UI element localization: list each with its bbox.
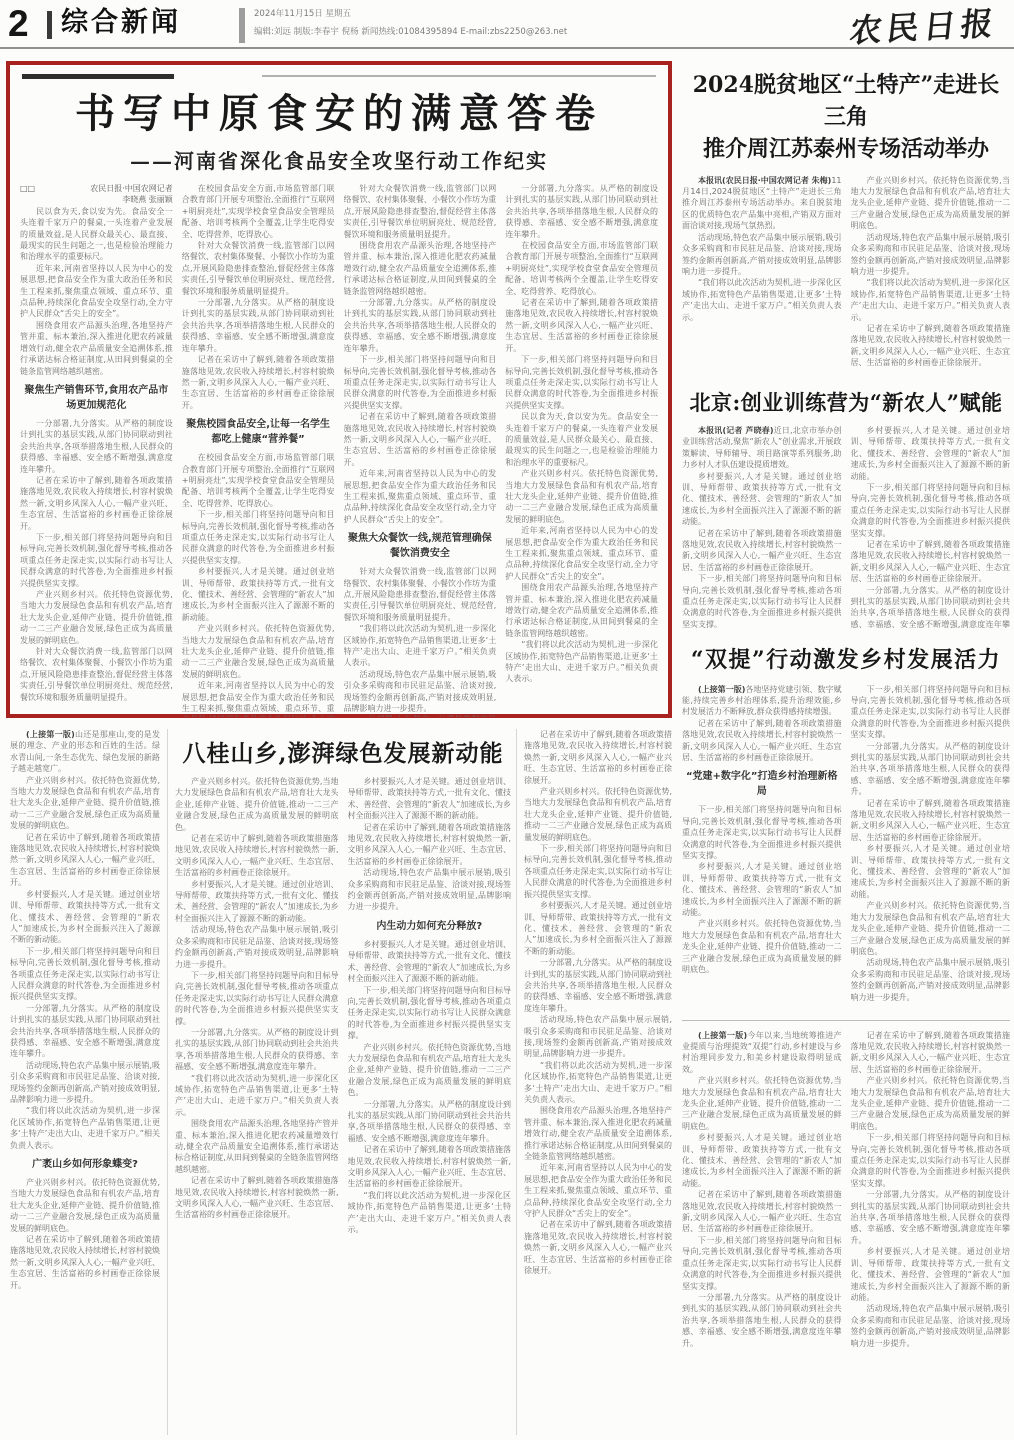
body-paragraph: 围绕食用农产品源头治理,各地坚持产管并重、标本兼治,深入推进化肥农药减量增效行动… [344, 240, 497, 297]
body-paragraph: 产业兴则乡村兴。依托特色资源优势,当地大力发展绿色食品和有机农产品,培育壮大龙头… [20, 589, 173, 646]
body-paragraph: 针对大众餐饮消费一线,监管部门以网络餐饮、农村集体聚餐、小餐饮小作坊为重点,开展… [344, 566, 497, 623]
body-paragraph-lead: (上接第一版)山还是那座山,变的是发展的理念、产业的形态和百姓的生活。绿水青山间… [10, 729, 160, 775]
article-column: 在校园食品安全方面,市场监管部门联合教育部门开展专项整治,全面推行“互联网+明厨… [182, 183, 335, 717]
body-paragraph-lead: (上接第一版)各地坚持党建引领、数字赋能,持续完善乡村治理体系,提升治理效能,乡… [682, 684, 842, 718]
body-paragraph: 乡村要振兴,人才是关键。通过创业培训、导师帮带、政策扶持等方式,一批有文化、懂技… [682, 861, 842, 918]
body-paragraph: 下一步,相关部门将坚持问题导向和目标导向,完善长效机制,强化督导考核,推动各项重… [682, 1235, 842, 1292]
article-column: (上接第一版)今年以来,当地统筹推进产业提质与治理提效“双提”行动,乡村建设与乡… [682, 1030, 842, 1434]
bottom-region: (上接第一版)山还是那座山,变的是发展的理念、产业的形态和百姓的生活。绿水青山间… [10, 724, 672, 1436]
main-subtitle: ——河南省深化食品安全攻坚行动工作纪实 [20, 145, 658, 174]
byline-row: □□农民日报·中国农网记者 [20, 183, 173, 194]
date-line: 2024年11月15日 星期五 [254, 6, 567, 24]
body-paragraph: 产业兴则乡村兴。依托特色资源优势,当地大力发展绿色食品和有机农产品,培育壮大龙头… [851, 1075, 1011, 1132]
article-column: 乡村要振兴,人才是关键。通过创业培训、导师帮带、政策扶持等方式,一批有文化、懂技… [348, 776, 512, 1440]
body-paragraph: 下一步,相关部门将坚持问题导向和目标导向,完善长效机制,强化督导考核,推动各项重… [682, 804, 842, 861]
body-paragraph: 下一步,相关部门将坚持问题导向和目标导向,完善长效机制,强化督导考核,推动各项重… [851, 684, 1011, 741]
byline-authors: 李晓燕 张丽颖 [20, 194, 173, 205]
body-paragraph: 一分部署,九分落实。从严格的制度设计到扎实的基层实践,从部门协同联动到社会共治共… [851, 585, 1011, 631]
body-paragraph: 乡村要振兴,人才是关键。通过创业培训、导师帮带、政策扶持等方式,一批有文化、懂技… [851, 1246, 1011, 1303]
body-paragraph: “我们将以此次活动为契机,进一步深化区域协作,拓宽特色产品销售渠道,让更多‘土特… [682, 277, 842, 323]
body-paragraph: 活动现场,特色农产品集中展示展销,吸引众多采购商和市民驻足品鉴、洽谈对接,现场签… [348, 867, 512, 913]
body-paragraph: 记者在采访中了解到,随着各项政策措施落地见效,农民收入持续增长,村容村貌焕然一新… [344, 411, 497, 468]
body-paragraph: 针对大众餐饮消费一线,监管部门以网络餐饮、农村集体聚餐、小餐饮小作坊为重点,开展… [182, 240, 335, 297]
body-paragraph: 一分部署,九分落实。从严格的制度设计到扎实的基层实践,从部门协同联动到社会共治共… [851, 1189, 1011, 1246]
body-paragraph: 记者在采访中了解到,随着各项政策措施落地见效,农民收入持续增长,村容村貌焕然一新… [175, 1175, 339, 1221]
body-paragraph: “我们将以此次活动为契机,进一步深化区域协作,拓宽特色产品销售渠道,让更多‘土特… [524, 1060, 672, 1106]
body-paragraph: 乡村要振兴,人才是关键。通过创业培训、导师帮带、政策扶持等方式,一批有文化、懂技… [182, 566, 335, 623]
body-paragraph: 产业兴则乡村兴。依托特色资源优势,当地大力发展绿色食品和有机农产品,培育壮大龙头… [851, 175, 1011, 232]
column-subhead: 内生动力如何充分释放? [348, 919, 512, 934]
body-paragraph: 在校园食品安全方面,市场监管部门联合教育部门开展专项整治,全面推行“互联网+明厨… [505, 240, 658, 297]
body-paragraph: 产业兴则乡村兴。依托特色资源优势,当地大力发展绿色食品和有机农产品,培育壮大龙头… [851, 900, 1011, 957]
bottom-feature-headline: 八桂山乡,澎湃绿色发展新动能 [175, 735, 511, 768]
body-paragraph: 下一步,相关部门将坚持问题导向和目标导向,完善长效机制,强化督导考核,推动各项重… [10, 946, 160, 1003]
sidebar-article3-headline: “双提”行动激发乡村发展活力 [682, 646, 1010, 675]
article-column: 产业兴则乡村兴。依托特色资源优势,当地大力发展绿色食品和有机农产品,培育壮大龙头… [851, 175, 1011, 373]
sidebar-article2-headline: 北京:创业训练营为“新农人”赋能 [682, 389, 1010, 416]
column-rule [516, 729, 517, 1435]
body-paragraph: 下一步,相关部门将坚持问题导向和目标导向,完善长效机制,强化督导考核,推动各项重… [344, 354, 497, 411]
body-paragraph: 记者在采访中了解到,随着各项政策措施落地见效,农民收入持续增长,村容村貌焕然一新… [348, 1144, 512, 1190]
column-subhead: 聚焦生产销售环节,食用农产品市场更加规范化 [20, 383, 173, 413]
right-sidebar: 2024脱贫地区“土特产”走进长三角 推介周江苏泰州专场活动举办 本报讯(农民日… [682, 60, 1010, 1434]
body-paragraph: 乡村要振兴,人才是关键。通过创业培训、导师帮带、政策扶持等方式,一批有文化、懂技… [851, 843, 1011, 900]
article-column: 产业兴则乡村兴。依托特色资源优势,当地大力发展绿色食品和有机农产品,培育壮大龙头… [175, 776, 339, 1440]
body-paragraph: 乡村要振兴,人才是关键。通过创业培训、导师帮带、政策扶持等方式,一批有文化、懂技… [524, 900, 672, 957]
body-paragraph: “我们将以此次活动为契机,进一步深化区域协作,拓宽特色产品销售渠道,让更多‘土特… [10, 1105, 160, 1151]
page-number: 2 [8, 5, 29, 42]
body-paragraph: 记者在采访中了解到,随着各项政策措施落地见效,农民收入持续增长,村容村貌焕然一新… [524, 1219, 672, 1276]
body-paragraph: 记者在采访中了解到,随着各项政策措施落地见效,农民收入持续增长,村容村貌焕然一新… [851, 323, 1011, 369]
body-paragraph: 近年来,河南省坚持以人民为中心的发展思想,把食品安全作为重大政治任务和民生工程来… [182, 680, 335, 717]
body-paragraph: 民以食为天,食以安为先。食品安全一头连着千家万户的餐桌,一头连着产业发展的质量效… [505, 411, 658, 468]
body-paragraph: 产业兴则乡村兴。依托特色资源优势,当地大力发展绿色食品和有机农产品,培育壮大龙头… [10, 775, 160, 832]
body-paragraph: 一分部署,九分落实。从严格的制度设计到扎实的基层实践,从部门协同联动到社会共治共… [851, 741, 1011, 798]
body-paragraph: 活动现场,特色农产品集中展示展销,吸引众多采购商和市民驻足品鉴、洽谈对接,现场签… [524, 1014, 672, 1060]
body-paragraph: 一分部署,九分落实。从严格的制度设计到扎实的基层实践,从部门协同联动到社会共治共… [348, 1099, 512, 1145]
newspaper-page: 2 综合新闻 2024年11月15日 星期五 编辑:刘远 制版:李春宇 倪杨 新… [0, 0, 1014, 1440]
column-subhead: “党建+数字化”打造乡村治理新格局 [682, 769, 842, 799]
body-paragraph: 在校园食品安全方面,市场监管部门联合教育部门开展专项整治,全面推行“互联网+明厨… [182, 183, 335, 240]
body-paragraph: 针对大众餐饮消费一线,监管部门以网络餐饮、农村集体聚餐、小餐饮小作坊为重点,开展… [344, 183, 497, 240]
body-paragraph: 记者在采访中了解到,随着各项政策措施落地见效,农民收入持续增长,村容村貌焕然一新… [851, 539, 1011, 585]
body-paragraph-lead: 本报讯(记者 芦晓春)近日,北京市举办创业训练营活动,聚焦“新农人”创业需求,开… [682, 425, 842, 471]
issue-info: 2024年11月15日 星期五 编辑:刘远 制版:李春宇 倪杨 新闻热线:010… [254, 6, 567, 42]
body-paragraph: “我们将以此次活动为契机,进一步深化区域协作,拓宽特色产品销售渠道,让更多‘土特… [505, 639, 658, 685]
staff-line: 编辑:刘远 制版:李春宇 倪杨 新闻热线:01084395894 E-mail:… [254, 24, 567, 42]
body-paragraph: 近年来,河南省坚持以人民为中心的发展思想,把食品安全作为重大政治任务和民生工程来… [20, 263, 173, 320]
sidebar-article1-body: 本报讯(农民日报·中国农网记者 朱梅)11月14日,2024脱贫地区“土特产”走… [682, 175, 1010, 373]
body-paragraph: 近年来,河南省坚持以人民为中心的发展思想,把食品安全作为重大政治任务和民生工程来… [524, 1162, 672, 1219]
article-column: 本报讯(农民日报·中国农网记者 朱梅)11月14日,2024脱贫地区“土特产”走… [682, 175, 842, 373]
body-paragraph: 下一步,相关部门将坚持问题导向和目标导向,完善长效机制,强化督导考核,推动各项重… [20, 532, 173, 589]
masthead-logo: 农民日报 [848, 0, 1001, 52]
body-paragraph: 下一步,相关部门将坚持问题导向和目标导向,完善长效机制,强化督导考核,推动各项重… [524, 843, 672, 900]
top-rule-gray [262, 75, 656, 77]
article-column: □□农民日报·中国农网记者李晓燕 张丽颖民以食为天,食以安为先。食品安全一头连着… [20, 183, 173, 717]
body-paragraph-lead: (上接第一版)今年以来,当地统筹推进产业提质与治理提效“双提”行动,乡村建设与乡… [682, 1030, 842, 1076]
body-paragraph: 记者在采访中了解到,随着各项政策措施落地见效,农民收入持续增长,村容村貌焕然一新… [851, 1030, 1011, 1076]
main-article-box: 书写中原食安的满意答卷 ——河南省深化食品安全攻坚行动工作纪实 □□农民日报·中… [6, 61, 672, 718]
body-paragraph: “我们将以此次活动为契机,进一步深化区域协作,拓宽特色产品销售渠道,让更多‘土特… [175, 1073, 339, 1119]
body-paragraph: 记者在采访中了解到,随着各项政策措施落地见效,农民收入持续增长,村容村貌焕然一新… [524, 729, 672, 786]
body-paragraph: 下一步,相关部门将坚持问题导向和目标导向,完善长效机制,强化督导考核,推动各项重… [682, 573, 842, 630]
sidebar-article3-body: (上接第一版)各地坚持党建引领、数字赋能,持续完善乡村治理体系,提升治理效能,乡… [682, 684, 1010, 1010]
body-paragraph: 一分部署,九分落实。从严格的制度设计到扎实的基层实践,从部门协同联动到社会共治共… [524, 957, 672, 1014]
body-paragraph: 活动现场,特色农产品集中展示展销,吸引众多采购商和市民驻足品鉴、洽谈对接,现场签… [851, 232, 1011, 278]
body-paragraph: 乡村要振兴,人才是关键。通过创业培训、导师帮带、政策扶持等方式,一批有文化、懂技… [851, 425, 1011, 482]
column-subhead: 聚焦校园食品安全,让每一名学生都吃上健康“营养餐” [182, 417, 335, 447]
body-paragraph: 产业兴则乡村兴。依托特色资源优势,当地大力发展绿色食品和有机农产品,培育壮大龙头… [505, 468, 658, 525]
body-paragraph-lead: 本报讯(农民日报·中国农网记者 朱梅)11月14日,2024脱贫地区“土特产”走… [682, 175, 842, 232]
body-paragraph: 一分部署,九分落实。从严格的制度设计到扎实的基层实践,从部门协同联动到社会共治共… [505, 183, 658, 240]
body-paragraph: 近年来,河南省坚持以人民为中心的发展思想,把食品安全作为重大政治任务和民生工程来… [344, 468, 497, 525]
body-paragraph: 一分部署,九分落实。从严格的制度设计到扎实的基层实践,从部门协同联动到社会共治共… [344, 297, 497, 354]
body-paragraph: 产业兴则乡村兴。依托特色资源优势,当地大力发展绿色食品和有机农产品,培育壮大龙头… [10, 1177, 160, 1234]
article-column: 下一步,相关部门将坚持问题导向和目标导向,完善长效机制,强化督导考核,推动各项重… [851, 684, 1011, 1010]
body-paragraph: 记者在采访中了解到,随着各项政策措施落地见效,农民收入持续增长,村容村貌焕然一新… [182, 354, 335, 411]
article-column: (上接第一版)各地坚持党建引领、数字赋能,持续完善乡村治理体系,提升治理效能,乡… [682, 684, 842, 1010]
body-paragraph: 记者在采访中了解到,随着各项政策措施落地见效,农民收入持续增长,村容村貌焕然一新… [348, 822, 512, 868]
header-rule [0, 47, 1014, 49]
body-paragraph: 产业兴则乡村兴。依托特色资源优势,当地大力发展绿色食品和有机农产品,培育壮大龙头… [682, 918, 842, 975]
body-paragraph: 活动现场,特色农产品集中展示展销,吸引众多采购商和市民驻足品鉴、洽谈对接,现场签… [682, 232, 842, 278]
body-paragraph: 记者在采访中了解到,随着各项政策措施落地见效,农民收入持续增长,村容村貌焕然一新… [851, 798, 1011, 844]
body-paragraph: 记者在采访中了解到,随着各项政策措施落地见效,农民收入持续增长,村容村貌焕然一新… [10, 1234, 160, 1291]
article-column: 乡村要振兴,人才是关键。通过创业培训、导师帮带、政策扶持等方式,一批有文化、懂技… [851, 425, 1011, 631]
body-paragraph: 乡村要振兴,人才是关键。通过创业培训、导师帮带、政策扶持等方式,一批有文化、懂技… [682, 471, 842, 528]
bottom-left-jump-column: (上接第一版)山还是那座山,变的是发展的理念、产业的形态和百姓的生活。绿水青山间… [10, 729, 160, 1435]
body-paragraph: “我们将以此次活动为契机,进一步深化区域协作,拓宽特色产品销售渠道,让更多‘土特… [348, 1190, 512, 1236]
body-paragraph: 活动现场,特色农产品集中展示展销,吸引众多采购商和市民驻足品鉴、洽谈对接,现场签… [344, 669, 497, 715]
body-paragraph: 一分部署,九分落实。从严格的制度设计到扎实的基层实践,从部门协同联动到社会共治共… [20, 418, 173, 475]
body-paragraph: 活动现场,特色农产品集中展示展销,吸引众多采购商和市民驻足品鉴、洽谈对接,现场签… [175, 924, 339, 970]
body-paragraph: 下一步,相关部门将坚持问题导向和目标导向,完善长效机制,强化督导考核,推动各项重… [851, 482, 1011, 539]
body-paragraph: 产业兴则乡村兴。依托特色资源优势,当地大力发展绿色食品和有机农产品,培育壮大龙头… [524, 786, 672, 843]
bottom-right-jump-column: 记者在采访中了解到,随着各项政策措施落地见效,农民收入持续增长,村容村貌焕然一新… [524, 729, 672, 1435]
body-paragraph: 记者在采访中了解到,随着各项政策措施落地见效,农民收入持续增长,村容村貌焕然一新… [175, 833, 339, 879]
info-divider-bar [239, 8, 245, 43]
body-paragraph: 下一步,相关部门将坚持问题导向和目标导向,完善长效机制,强化督导考核,推动各项重… [505, 354, 658, 411]
body-paragraph: 一分部署,九分落实。从严格的制度设计到扎实的基层实践,从部门协同联动到社会共治共… [10, 1003, 160, 1060]
body-paragraph: 一分部署,九分落实。从严格的制度设计到扎实的基层实践,从部门协同联动到社会共治共… [182, 297, 335, 354]
body-paragraph: 乡村要振兴,人才是关键。通过创业培训、导师帮带、政策扶持等方式,一批有文化、懂技… [348, 939, 512, 985]
sidebar-article2-body: 本报讯(记者 芦晓春)近日,北京市举办创业训练营活动,聚焦“新农人”创业需求,开… [682, 425, 1010, 631]
body-paragraph: 围绕食用农产品源头治理,各地坚持产管并重、标本兼治,深入推进化肥农药减量增效行动… [505, 582, 658, 639]
bottom-feature-body: 产业兴则乡村兴。依托特色资源优势,当地大力发展绿色食品和有机农产品,培育壮大龙头… [175, 776, 511, 1440]
section-title: 综合新闻 [61, 9, 181, 36]
sidebar-article1-headline: 2024脱贫地区“土特产”走进长三角 推介周江苏泰州专场活动举办 [682, 70, 1010, 166]
body-paragraph: 围绕食用农产品源头治理,各地坚持产管并重、标本兼治,深入推进化肥农药减量增效行动… [524, 1105, 672, 1162]
body-paragraph: 活动现场,特色农产品集中展示展销,吸引众多采购商和市民驻足品鉴、洽谈对接,现场签… [851, 957, 1011, 1003]
article-column: 针对大众餐饮消费一线,监管部门以网络餐饮、农村集体聚餐、小餐饮小作坊为重点,开展… [344, 183, 497, 717]
body-paragraph: 乡村要振兴,人才是关键。通过创业培训、导师帮带、政策扶持等方式,一批有文化、懂技… [348, 776, 512, 822]
body-paragraph: 民以食为天,食以安为先。食品安全一头连着千家万户的餐桌,一头连着产业发展的质量效… [20, 206, 173, 263]
sidebar-divider-rule [682, 1020, 1010, 1021]
article-column: 本报讯(记者 芦晓春)近日,北京市举办创业训练营活动,聚焦“新农人”创业需求,开… [682, 425, 842, 631]
body-paragraph: “我们将以此次活动为契机,进一步深化区域协作,拓宽特色产品销售渠道,让更多‘土特… [851, 277, 1011, 323]
body-paragraph: 记者在采访中了解到,随着各项政策措施落地见效,农民收入持续增长,村容村貌焕然一新… [505, 297, 658, 354]
body-paragraph: 活动现场,特色农产品集中展示展销,吸引众多采购商和市民驻足品鉴、洽谈对接,现场签… [10, 1060, 160, 1106]
body-paragraph: 乡村要振兴,人才是关键。通过创业培训、导师帮带、政策扶持等方式,一批有文化、懂技… [175, 879, 339, 925]
article-column: 一分部署,九分落实。从严格的制度设计到扎实的基层实践,从部门协同联动到社会共治共… [505, 183, 658, 717]
body-paragraph: 围绕食用农产品源头治理,各地坚持产管并重、标本兼治,深入推进化肥农药减量增效行动… [20, 320, 173, 377]
body-paragraph: 乡村要振兴,人才是关键。通过创业培训、导师帮带、政策扶持等方式,一批有文化、懂技… [682, 1132, 842, 1189]
body-paragraph: 产业兴则乡村兴。依托特色资源优势,当地大力发展绿色食品和有机农产品,培育壮大龙头… [175, 776, 339, 833]
body-paragraph: 记者在采访中了解到,随着各项政策措施落地见效,农民收入持续增长,村容村貌焕然一新… [682, 718, 842, 764]
body-paragraph: 围绕食用农产品源头治理,各地坚持产管并重、标本兼治,深入推进化肥农药减量增效行动… [175, 1118, 339, 1175]
body-paragraph: 产业兴则乡村兴。依托特色资源优势,当地大力发展绿色食品和有机农产品,培育壮大龙头… [682, 1075, 842, 1132]
body-paragraph: 一分部署,九分落实。从严格的制度设计到扎实的基层实践,从部门协同联动到社会共治共… [175, 1027, 339, 1073]
article-column: 记者在采访中了解到,随着各项政策措施落地见效,农民收入持续增长,村容村貌焕然一新… [851, 1030, 1011, 1434]
body-paragraph: 记者在采访中了解到,随着各项政策措施落地见效,农民收入持续增长,村容村貌焕然一新… [682, 528, 842, 574]
body-paragraph: 产业兴则乡村兴。依托特色资源优势,当地大力发展绿色食品和有机农产品,培育壮大龙头… [182, 623, 335, 680]
body-paragraph: 一分部署,九分落实。从严格的制度设计到扎实的基层实践,从部门协同联动到社会共治共… [344, 714, 497, 717]
body-paragraph: 记者在采访中了解到,随着各项政策措施落地见效,农民收入持续增长,村容村貌焕然一新… [10, 832, 160, 889]
body-paragraph: 记者在采访中了解到,随着各项政策措施落地见效,农民收入持续增长,村容村貌焕然一新… [682, 1189, 842, 1235]
column-subhead: 聚焦大众餐饮一线,规范管理确保餐饮消费安全 [344, 531, 497, 561]
column-rule [167, 729, 168, 1435]
body-paragraph: 乡村要振兴,人才是关键。通过创业培训、导师帮带、政策扶持等方式,一批有文化、懂技… [10, 889, 160, 946]
body-paragraph: 在校园食品安全方面,市场监管部门联合教育部门开展专项整治,全面推行“互联网+明厨… [182, 452, 335, 509]
body-paragraph: 一分部署,九分落实。从严格的制度设计到扎实的基层实践,从部门协同联动到社会共治共… [682, 1292, 842, 1349]
body-paragraph: “我们将以此次活动为契机,进一步深化区域协作,拓宽特色产品销售渠道,让更多‘土特… [344, 623, 497, 669]
main-headline: 书写中原食安的满意答卷 [20, 92, 658, 136]
body-paragraph: 下一步,相关部门将坚持问题导向和目标导向,完善长效机制,强化督导考核,推动各项重… [175, 970, 339, 1027]
body-paragraph: 记者在采访中了解到,随着各项政策措施落地见效,农民收入持续增长,村容村貌焕然一新… [20, 475, 173, 532]
body-paragraph: 活动现场,特色农产品集中展示展销,吸引众多采购商和市民驻足品鉴、洽谈对接,现场签… [851, 1303, 1011, 1349]
main-article-body: □□农民日报·中国农网记者李晓燕 张丽颖民以食为天,食以安为先。食品安全一头连着… [20, 183, 658, 717]
column-subhead: 广袤山乡如何形象蝶变? [10, 1157, 160, 1172]
body-paragraph: 下一步,相关部门将坚持问题导向和目标导向,完善长效机制,强化督导考核,推动各项重… [348, 985, 512, 1042]
body-paragraph: 近年来,河南省坚持以人民为中心的发展思想,把食品安全作为重大政治任务和民生工程来… [505, 525, 658, 582]
top-rule-black [22, 74, 174, 79]
bottom-feature: 八桂山乡,澎湃绿色发展新动能 产业兴则乡村兴。依托特色资源优势,当地大力发展绿色… [175, 724, 511, 1440]
body-paragraph: 针对大众餐饮消费一线,监管部门以网络餐饮、农村集体聚餐、小餐饮小作坊为重点,开展… [20, 646, 173, 703]
header-divider-bar [47, 11, 52, 39]
top-decoration [22, 73, 656, 79]
body-paragraph: 产业兴则乡村兴。依托特色资源优势,当地大力发展绿色食品和有机农产品,培育壮大龙头… [348, 1042, 512, 1099]
body-paragraph: 下一步,相关部门将坚持问题导向和目标导向,完善长效机制,强化督导考核,推动各项重… [182, 509, 335, 566]
sidebar-continuation-body: (上接第一版)今年以来,当地统筹推进产业提质与治理提效“双提”行动,乡村建设与乡… [682, 1030, 1010, 1434]
body-paragraph: 下一步,相关部门将坚持问题导向和目标导向,完善长效机制,强化督导考核,推动各项重… [851, 1132, 1011, 1189]
